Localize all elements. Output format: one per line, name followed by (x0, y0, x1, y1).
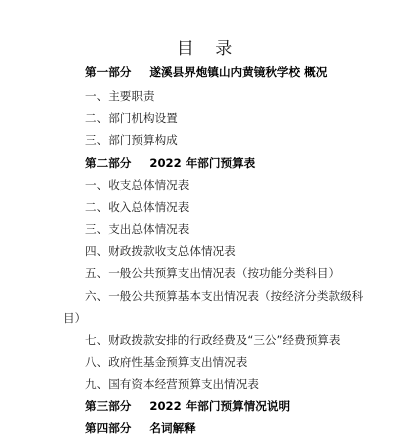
toc-item[interactable]: 七、财政拨款安排的行政经费及“三公”经费预算表 (85, 332, 340, 348)
toc-title: 目 录 (0, 39, 417, 59)
toc-item[interactable]: 六、一般公共预算基本支出情况表（按经济分类款级科 (85, 288, 363, 304)
part-label: 第一部分 (85, 65, 131, 79)
part-text: 2022 年部门预算情况说明 (149, 399, 290, 413)
part-text: 名词解释 (149, 421, 195, 435)
toc-item[interactable]: 五、一般公共预算支出情况表（按功能分类科目） (85, 265, 340, 281)
toc-item[interactable]: 一、收支总体情况表 (85, 177, 189, 193)
toc-item[interactable]: 三、部门预算构成 (85, 132, 178, 148)
toc-item[interactable]: 三、支出总体情况表 (85, 221, 189, 237)
toc-item[interactable]: 九、国有资本经营预算支出情况表 (85, 376, 259, 392)
toc-part-3[interactable]: 第三部分2022 年部门预算情况说明 (85, 398, 290, 414)
toc-part-1[interactable]: 第一部分遂溪县界炮镇山内黄镜秋学校 概况 (85, 64, 327, 80)
toc-item[interactable]: 四、财政拨款收支总体情况表 (85, 243, 236, 259)
part-label: 第四部分 (85, 421, 131, 435)
part-label: 第二部分 (85, 156, 131, 170)
toc-item[interactable]: 八、政府性基金预算支出情况表 (85, 354, 247, 370)
toc-item[interactable]: 一、主要职责 (85, 88, 155, 104)
toc-part-2[interactable]: 第二部分2022 年部门预算表 (85, 155, 255, 171)
part-text: 遂溪县界炮镇山内黄镜秋学校 概况 (149, 65, 327, 79)
toc-item[interactable]: 二、部门机构设置 (85, 110, 178, 126)
part-text: 2022 年部门预算表 (149, 156, 255, 170)
toc-item[interactable]: 二、收入总体情况表 (85, 199, 189, 215)
part-label: 第三部分 (85, 399, 131, 413)
toc-part-4[interactable]: 第四部分名词解释 (85, 420, 196, 435)
toc-item-continuation[interactable]: 目） (63, 310, 86, 326)
